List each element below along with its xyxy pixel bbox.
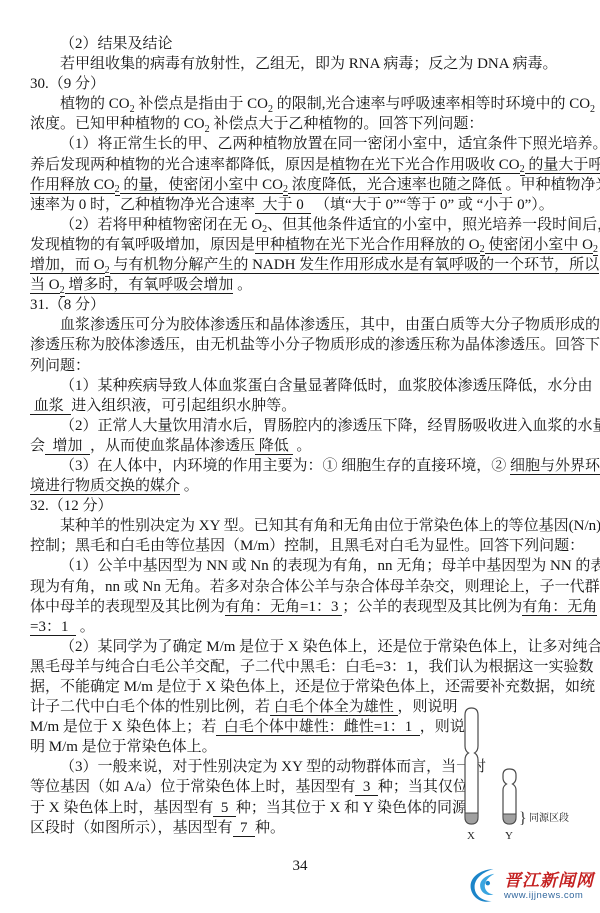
text-line: 增加，而 O2 与有机物分解产生的 NADH 发生作用形成水是有氧呼吸的一个环节…	[30, 255, 575, 275]
answer-underline-text: 2	[105, 265, 110, 277]
answer-underline-text: 大于 0	[255, 197, 311, 214]
text-line: （2）某同学为了确定 M/m 是位于 X 染色体上，还是位于常染色体上，让多对纯…	[30, 637, 575, 657]
answer-underline-text: 增加	[45, 438, 90, 455]
text-segment: 等位基因（如 A/a）位于常染色体上时，基因型有	[30, 779, 355, 795]
answer-underline-text: 增多时，有氧呼吸会增加	[65, 277, 234, 294]
answer-underline-text: 的量大于呼吸	[525, 157, 600, 174]
text-segment: 32.（12 分）	[30, 498, 113, 514]
text-segment: 现为有角，nn 或 Nn 无角。若多对杂合体公羊与杂合体母羊杂交，则理论上，子一…	[30, 579, 600, 595]
text-line: =3：1 。	[30, 617, 575, 637]
text-segment: （填“大于 0”“等于 0” 或 “小于 0”）。	[311, 197, 553, 213]
text-segment: M/m 是位于 X 染色体上；若	[30, 719, 216, 735]
text-segment: 浓度。已知甲种植物的 CO	[30, 116, 205, 132]
text-line: （1）公羊中基因型为 NN 或 Nn 的表现为有角，nn 无角；母羊中基因型为 …	[30, 556, 575, 576]
text-segment: 30.（9 分）	[30, 76, 105, 92]
text-line: 养后发现两种植物的光合速率都降低，原因是植物在光下光合作用吸收 CO2 的量大于…	[30, 155, 575, 175]
answer-underline-text: 有角：无角=1：3	[225, 599, 342, 616]
x-chromosome-shape	[465, 708, 478, 824]
text-segment: 2	[268, 104, 273, 115]
x-chromosome-label: X	[467, 830, 475, 842]
text-segment: 。	[293, 438, 312, 454]
text-segment: 2	[262, 224, 267, 235]
answer-underline-text: =3：1	[30, 619, 76, 636]
text-segment: 。	[233, 277, 252, 293]
answer-underline-text: 作用释放 CO	[30, 177, 115, 194]
text-segment: 列问题：	[30, 358, 90, 374]
chromosome-diagram: } 同源区段 X Y	[460, 700, 600, 850]
text-segment: 血浆渗透压可分为胶体渗透压和晶体渗透压，其中，由蛋白质等大分子物质形成的	[60, 317, 600, 333]
answer-underline-text: 细胞与外界环	[510, 458, 600, 475]
text-segment: （3）一般来说，对于性别决定为 XY 型的动物群体而言，当一对	[60, 759, 486, 775]
text-segment: 。	[180, 478, 199, 494]
text-segment: （1）公羊中基因型为 NN 或 Nn 的表现为有角，nn 无角；母羊中基因型为 …	[60, 558, 600, 574]
text-segment: 速率为 0 时，乙种植物净光合速率	[30, 197, 255, 213]
text-segment: 区段时（如图所示），基因型有	[30, 820, 233, 836]
answer-underline-text: 2	[520, 164, 525, 176]
answer-underline-text: 2	[115, 184, 120, 196]
answer-underline-text: 2	[593, 244, 598, 256]
text-line: 30.（9 分）	[30, 74, 575, 94]
text-segment: 发现植物的有氧呼吸增加，原因是	[30, 237, 255, 253]
text-line: （1）将正常生长的甲、乙两种植物放置在同一密闭小室中，适宜条件下照光培养。培	[30, 134, 575, 154]
text-line: 作用释放 CO2 的量，使密闭小室中 CO2 浓度降低，光合速率也随之降低 。甲…	[30, 175, 575, 195]
answer-underline-text: 降低	[255, 438, 293, 455]
text-segment: ，则说	[420, 719, 465, 735]
y-chromosome-label: Y	[505, 830, 513, 842]
text-line: 若甲组收集的病毒有放射性，乙组无，即为 RNA 病毒；反之为 DNA 病毒。	[30, 54, 575, 74]
answer-underline-text: 甲种植物在光下光合作用释放的 O	[255, 237, 480, 254]
text-segment: 补偿点大于乙种植物的。回答下列问题：	[210, 116, 484, 132]
chromosome-figure-svg: } 同源区段 X Y	[460, 700, 600, 850]
text-segment: 2	[205, 124, 210, 135]
text-segment: （2）若将甲种植物密闭在无 O	[60, 217, 262, 233]
text-line: 31.（8 分）	[30, 295, 575, 315]
text-segment: 控制；黑毛和白毛由等位基因（M/m）控制，且黑毛对白毛为显性。回答下列问题：	[30, 538, 584, 554]
text-line: 渗透压称为胶体渗透压，由无机盐等小分子物质形成的渗透压称为晶体渗透压。回答下	[30, 335, 575, 355]
text-segment: 于 X 染色体上时，基因型有	[30, 800, 213, 816]
answer-underline-text: 2	[60, 285, 65, 297]
text-line: 会 增加 ，从而使血浆晶体渗透压 降低 。	[30, 436, 575, 456]
text-segment: 进入组织液，可引起组织水肿等。	[71, 398, 296, 414]
text-segment: （1）某种疾病导致人体血浆蛋白含量显著降低时，血浆胶体渗透压降低，水分由	[60, 378, 593, 394]
text-line: 速率为 0 时，乙种植物净光合速率 大于 0 （填“大于 0”“等于 0” 或 …	[30, 195, 575, 215]
text-line: （2）正常人大量饮用清水后，胃肠腔内的渗透压下降，经胃肠吸收进入血浆的水量	[30, 416, 575, 436]
text-line: （2）若将甲种植物密闭在无 O2、但其他条件适宜的小室中，照光培养一段时间后，	[30, 215, 575, 235]
text-segment: 计子二代中白毛个体的性别比例，若	[30, 699, 270, 715]
text-line: 某种羊的性别决定为 XY 型。已知其有角和无角由位于常染色体上的等位基因(N/n…	[30, 516, 575, 536]
text-segment: 明 M/m 是位于常染色体上。	[30, 739, 217, 755]
text-segment: ；公羊的表现型及其比例为	[342, 599, 522, 615]
text-segment: 养后发现两种植物的光合速率都降低，原因是	[30, 157, 330, 173]
text-segment: 种；当其仅位	[378, 779, 468, 795]
text-segment: ，从而使血浆晶体渗透压	[90, 438, 255, 454]
text-line: （1）某种疾病导致人体血浆蛋白含量显著降低时，血浆胶体渗透压降低，水分由	[30, 376, 575, 396]
text-segment: 种。	[255, 820, 285, 836]
text-segment: 若甲组收集的病毒有放射性，乙组无，即为 RNA 病毒；反之为 DNA 病毒。	[60, 56, 558, 72]
text-line: 体中母羊的表现型及其比例为有角：无角=1：3 ；公羊的表现型及其比例为有角：无角	[30, 597, 575, 617]
text-segment: （2）某同学为了确定 M/m 是位于 X 染色体上，还是位于常染色体上，让多对纯…	[60, 639, 600, 655]
text-segment: （2）结果及结论	[60, 36, 173, 52]
text-line: 32.（12 分）	[30, 496, 575, 516]
text-segment: 补偿点是指由于 CO	[135, 96, 268, 112]
answer-underline-text: 当 O	[30, 277, 60, 294]
text-line: 境进行物质交换的媒介 。	[30, 476, 575, 496]
text-line: 控制；黑毛和白毛由等位基因（M/m）控制，且黑毛对白毛为显性。回答下列问题：	[30, 536, 575, 556]
text-segment: 、但其他条件适宜的小室中，照光培养一段时间后，	[267, 217, 600, 233]
logo-swirl-icon	[468, 867, 500, 905]
text-segment: ，则说明	[398, 699, 458, 715]
answer-underline-text: 植物在光下光合作用吸收 CO	[330, 157, 520, 174]
brace-glyph: }	[519, 810, 527, 827]
text-segment: 2	[590, 104, 595, 115]
answer-underline-text: 5	[213, 800, 236, 817]
answer-underline-text: 白毛个体中雄性：雌性=1：1	[216, 719, 419, 736]
text-line: 列问题：	[30, 356, 575, 376]
text-segment: 植物的 CO	[60, 96, 130, 112]
text-segment: 据，不能确定 M/m 是位于 X 染色体上，还是位于常染色体上，还需要补充数据，…	[30, 679, 595, 695]
text-line: （3）在人体中，内环境的作用主要为：① 细胞生存的直接环境，② 细胞与外界环	[30, 456, 575, 476]
text-line: 浓度。已知甲种植物的 CO2 补偿点大于乙种植物的。回答下列问题：	[30, 114, 575, 134]
text-segment: 2	[130, 104, 135, 115]
site-logo: 晋江新闻网 www.ijjnews.com	[468, 867, 594, 905]
answer-underline-text: 有角：无角	[522, 599, 597, 616]
answer-underline-text: 2	[283, 184, 288, 196]
text-segment: （2）正常人大量饮用清水后，胃肠腔内的渗透压下降，经胃肠吸收进入血浆的水量	[60, 418, 600, 434]
answer-underline-text: 增加，而 O	[30, 257, 105, 274]
text-line: （2）结果及结论	[30, 34, 575, 54]
text-line: 血浆 进入组织液，可引起组织水肿等。	[30, 396, 575, 416]
text-line: 当 O2 增多时，有氧呼吸会增加 。	[30, 275, 575, 295]
answer-underline-text: 7	[233, 820, 256, 837]
answer-underline-text: 境进行物质交换的媒介	[30, 478, 180, 495]
logo-text-block: 晋江新闻网 www.ijjnews.com	[504, 872, 594, 901]
logo-site-url: www.ijjnews.com	[504, 891, 594, 901]
text-segment: 体中母羊的表现型及其比例为	[30, 599, 225, 615]
answer-underline-text: 的量，使密闭小室中 CO	[120, 177, 283, 194]
answer-underline-text: 使密闭小室中 O	[485, 237, 593, 254]
answer-underline-text: 血浆	[30, 398, 71, 415]
answer-underline-text: 浓度降低，光合速率也随之降低	[288, 177, 502, 194]
text-segment: （3）在人体中，内环境的作用主要为：① 细胞生存的直接环境，②	[60, 458, 510, 474]
x-homologous-region	[465, 813, 478, 824]
text-segment: 。	[76, 619, 95, 635]
text-line: 植物的 CO2 补偿点是指由于 CO2 的限制,光合速率与呼吸速率相等时环境中的…	[30, 94, 575, 114]
text-line: 血浆渗透压可分为胶体渗透压和晶体渗透压，其中，由蛋白质等大分子物质形成的	[30, 315, 575, 335]
answer-underline-text: 白毛个体全为雄性	[270, 699, 398, 716]
text-line: 发现植物的有氧呼吸增加，原因是甲种植物在光下光合作用释放的 O2 使密闭小室中 …	[30, 235, 575, 255]
logo-site-name: 晋江新闻网	[504, 872, 594, 889]
text-segment: 渗透压称为胶体渗透压，由无机盐等小分子物质形成的渗透压称为晶体渗透压。回答下	[30, 337, 600, 353]
answer-underline-text: 2	[480, 244, 485, 256]
y-homologous-region	[503, 814, 516, 824]
answer-underline-text: 3	[355, 779, 378, 796]
text-line: 黑毛母羊与纯合白毛公羊交配，子二代中黑毛：白毛=3：1，我们认为根据这一实验数	[30, 657, 575, 677]
text-segment: 会	[30, 438, 45, 454]
text-segment: 黑毛母羊与纯合白毛公羊交配，子二代中黑毛：白毛=3：1，我们认为根据这一实验数	[30, 659, 593, 675]
text-segment: 某种羊的性别决定为 XY 型。已知其有角和无角由位于常染色体上的等位基因(N/n…	[60, 518, 600, 534]
answer-underline-text: 与有机物分解产生的 NADH 发生作用形成水是有氧呼吸的一个环节，所以	[110, 257, 600, 274]
text-segment: （1）将正常生长的甲、乙两种植物放置在同一密闭小室中，适宜条件下照光培养。培	[60, 136, 600, 152]
text-segment: 的限制,光合速率与呼吸速率相等时环境中的 CO	[273, 96, 590, 112]
text-segment: 。甲种植物净光合	[502, 177, 600, 193]
exam-page: （2）结果及结论若甲组收集的病毒有放射性，乙组无，即为 RNA 病毒；反之为 D…	[0, 0, 600, 913]
text-segment: 种；当其位于 X 和 Y 染色体的同源	[236, 800, 467, 816]
text-line: 现为有角，nn 或 Nn 无角。若多对杂合体公羊与杂合体母羊杂交，则理论上，子一…	[30, 577, 575, 597]
text-line: 据，不能确定 M/m 是位于 X 染色体上，还是位于常染色体上，还需要补充数据，…	[30, 677, 575, 697]
homologous-region-label: 同源区段	[529, 812, 569, 824]
text-segment: 31.（8 分）	[30, 297, 105, 313]
